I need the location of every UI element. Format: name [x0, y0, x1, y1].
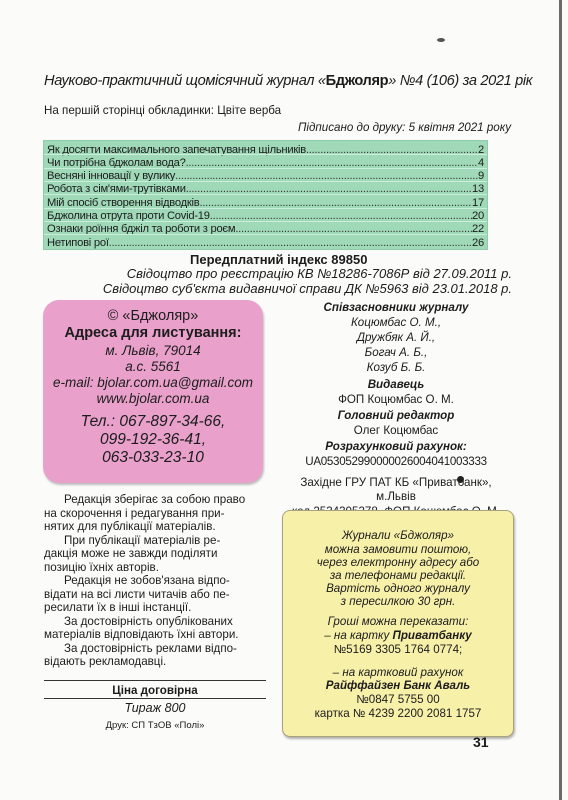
aval-bank: Райффайзен Банк Аваль	[283, 679, 513, 692]
journal-name: Бджоляр	[326, 73, 389, 89]
note-line: матеріалів відповідають їхні автори.	[44, 628, 271, 642]
phone-1: Тел.: 067-897-34-66,	[43, 413, 263, 431]
order-line: Журнали «Бджоляр»	[283, 529, 513, 542]
privat-bank: Приватбанку	[393, 629, 472, 642]
subscription-index: Передплатний індекс 89850	[190, 252, 367, 267]
note-line: Редакція не зобов'язана відпо-	[44, 574, 271, 588]
toc-separator	[44, 221, 487, 222]
publisher-heading: Видавець	[282, 378, 510, 391]
phone-3: 063-033-23-10	[43, 449, 263, 467]
publisher-certificate: Свідоцтво суб'єкта видавничої справи ДК …	[103, 281, 512, 296]
note-line: позицію їхніх авторів.	[44, 561, 271, 575]
note-line: За достовірність реклами відпо-	[44, 642, 271, 656]
toc-page: 26	[472, 237, 484, 249]
table-of-contents: Як досягти максимального запечатування щ…	[43, 140, 488, 250]
cofounder: Дружбяк А. Й.,	[282, 331, 510, 344]
bank-city: м.Львів	[282, 490, 510, 503]
circulation: Тираж 800	[44, 701, 266, 715]
order-line: Вартість одного журналу	[283, 582, 513, 595]
note-line: При публікації матеріалів ре-	[44, 534, 271, 548]
toc-separator	[44, 154, 487, 155]
price: Ціна договірна	[44, 684, 266, 697]
note-line: За достовірність опублікованих	[44, 615, 271, 629]
account-heading: Розрахунковий рахунок:	[282, 440, 510, 453]
registration-certificate: Свідоцтво про реєстрацію КВ №18286-7086Р…	[127, 266, 512, 281]
issue-info: » №4 (106) за 2021 рік	[388, 73, 532, 89]
phone-2: 099-192-36-41,	[43, 431, 263, 449]
order-line: можна замовити поштою,	[283, 543, 513, 556]
cofounders-heading: Співзасновники журналу	[282, 301, 510, 314]
note-line: нятих для публікації матеріалів.	[44, 520, 271, 534]
po-box: а.с. 5561	[43, 359, 263, 374]
page-edge	[559, 0, 562, 800]
toc-title: Нетипові рої	[47, 237, 109, 249]
editor-heading: Головний редактор	[282, 409, 510, 422]
aval-card: картка № 4239 2200 2081 1757	[283, 707, 513, 720]
toc-entry[interactable]: Нетипові рої26	[47, 235, 484, 249]
privat-prefix: – на картку	[324, 629, 392, 642]
note-line: Редакція зберігає за собою право	[44, 493, 271, 507]
toc-separator	[44, 194, 487, 195]
editor: Олег Коцюмбас	[282, 424, 510, 437]
cofounder: Богач А. Б.,	[282, 346, 510, 359]
divider	[44, 698, 266, 699]
print-speck	[437, 38, 445, 42]
editorial-notes: Редакція зберігає за собою правона скоро…	[44, 493, 271, 669]
order-line: через електронну адресу або	[283, 556, 513, 569]
masthead-prefix: Науково-практичний щомісячний журнал «	[44, 73, 326, 89]
account-number: UA053052990000026004041003333	[282, 455, 510, 468]
cofounder: Коцюмбас О. М.,	[282, 316, 510, 329]
email-link[interactable]: e-mail: bjolar.com.ua@gmail.com	[43, 375, 263, 390]
printer: Друк: СП ТзОВ «Полі»	[44, 720, 266, 731]
aval-account: №0847 5755 00	[283, 693, 513, 706]
city: м. Львів, 79014	[43, 343, 263, 358]
toc-separator	[44, 234, 487, 235]
note-line: дакція може не завжди поділяти	[44, 547, 271, 561]
toc-separator	[44, 168, 487, 169]
publisher: ФОП Коцюмбас О. М.	[282, 393, 510, 406]
masthead: Науково-практичний щомісячний журнал «Бд…	[44, 73, 524, 89]
copyright: © «Бджоляр»	[43, 308, 263, 324]
privat-card: №5169 3305 1764 0774;	[283, 643, 513, 656]
transfer-heading: Гроші можна переказати:	[283, 615, 513, 628]
note-line: ресилати їх в інші інстанції.	[44, 601, 271, 615]
contact-box: © «Бджоляр» Адреса для листування: м. Ль…	[43, 300, 263, 483]
order-line: за телефонами редакції.	[283, 569, 513, 582]
page-number: 31	[473, 734, 489, 750]
cover-note: На першій сторінці обкладинки: Цвіте вер…	[44, 104, 281, 117]
note-line: відати на всі листи читачів або пе-	[44, 588, 271, 602]
toc-separator	[44, 181, 487, 182]
signed-date: Підписано до друку: 5 квітня 2021 року	[298, 121, 511, 134]
toc-leader	[109, 237, 472, 249]
order-line: з пересилкою 30 грн.	[283, 595, 513, 608]
address-heading: Адреса для листування:	[43, 325, 263, 341]
cofounder: Козуб Б. Б.	[282, 361, 510, 374]
divider	[44, 680, 266, 681]
order-box: Журнали «Бджоляр» можна замовити поштою,…	[282, 510, 514, 737]
aval-prefix: – на картковий рахунок	[283, 666, 513, 679]
toc-separator	[44, 208, 487, 209]
bank-name: Західне ГРУ ПАТ КБ «Приватбанк»,	[282, 476, 510, 489]
website-link[interactable]: www.bjolar.com.ua	[43, 391, 263, 406]
note-line: відають рекламодавці.	[44, 655, 271, 669]
note-line: на скорочення і редагування при-	[44, 507, 271, 521]
